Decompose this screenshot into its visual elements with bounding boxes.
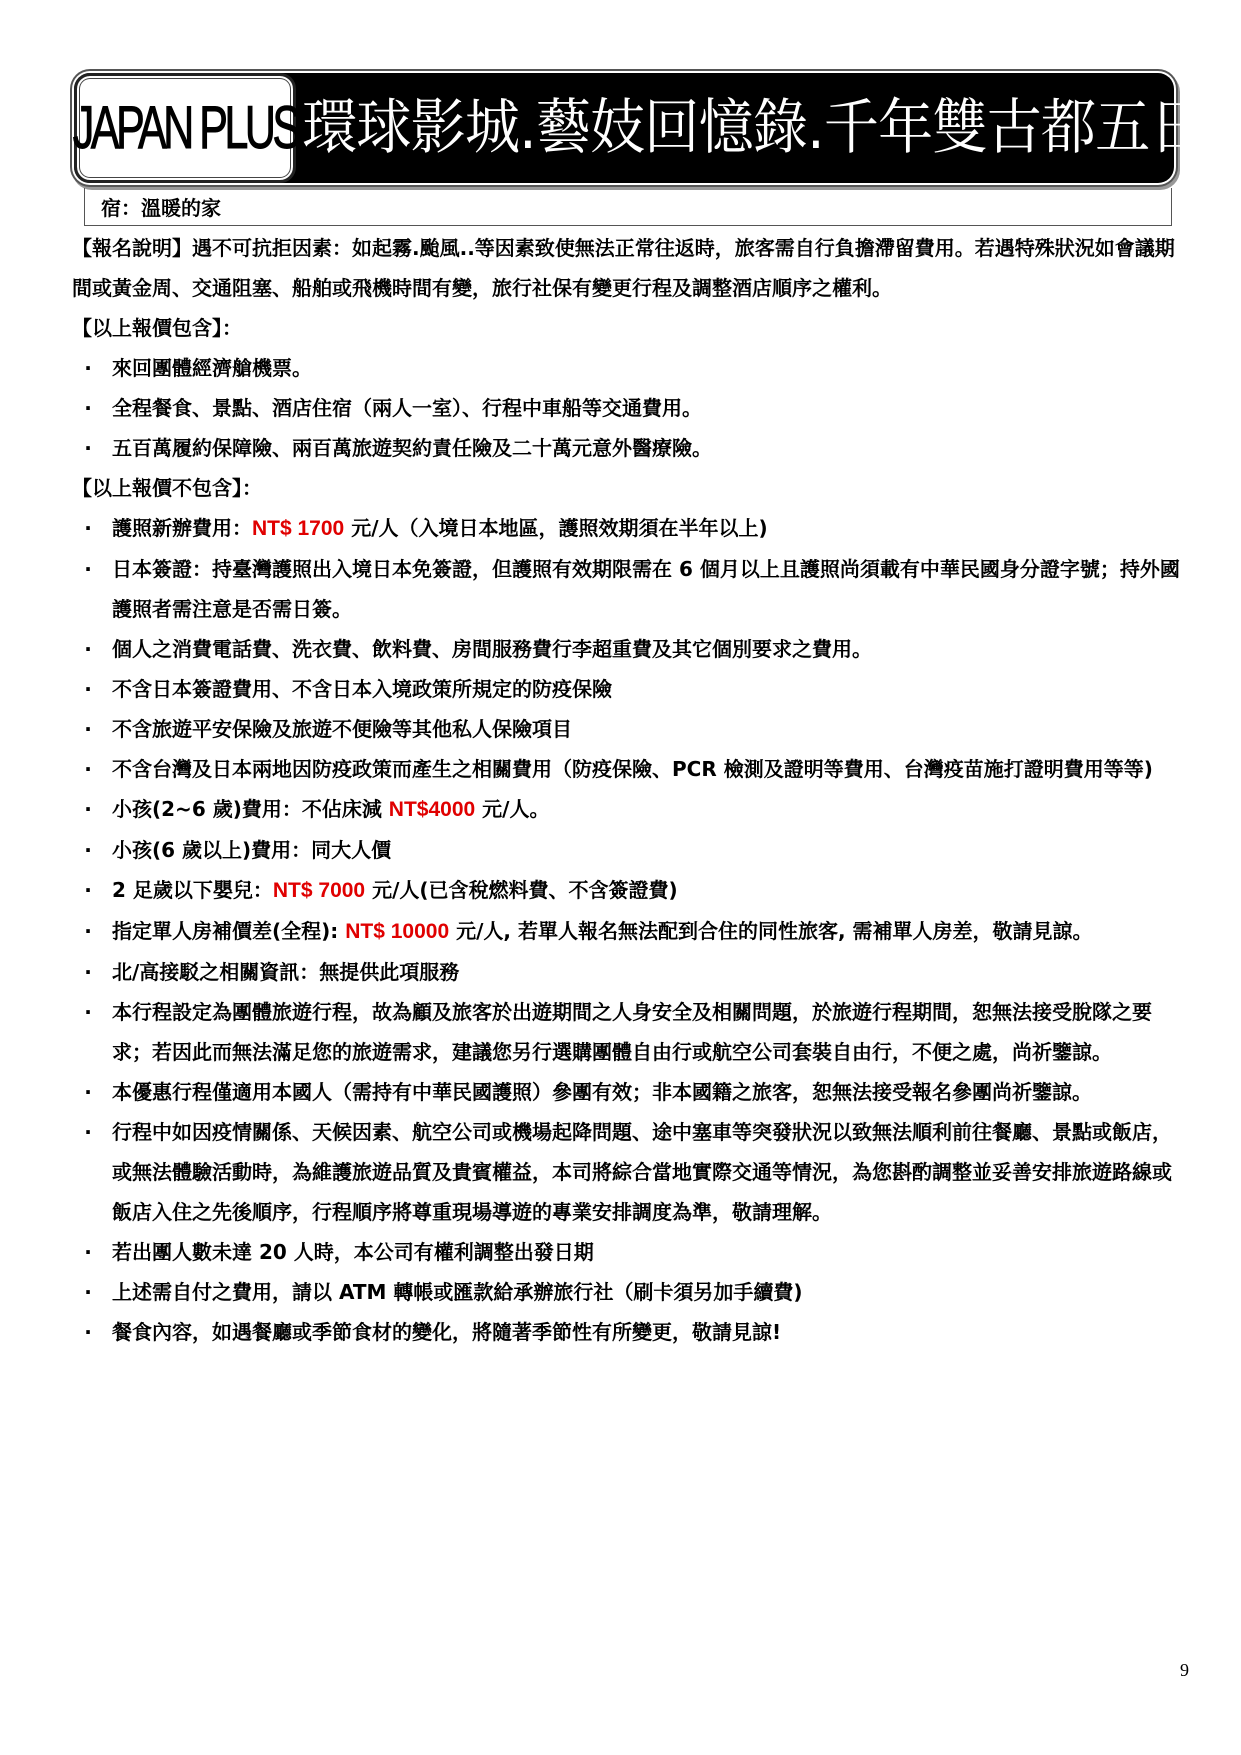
excluded-item: ·北/高接駁之相關資訊：無提供此項服務: [72, 952, 1184, 992]
excluded-item-text: 指定單人房補價差(全程):: [112, 919, 345, 943]
bullet-icon: ·: [78, 911, 98, 951]
excluded-item-text: 上述需自付之費用，請以 ATM 轉帳或匯款給承辦旅行社（刷卡須另加手續費): [112, 1280, 803, 1304]
bullet-icon: ·: [78, 709, 98, 749]
excluded-item: ·行程中如因疫情關係、天候因素、航空公司或機場起降問題、途中塞車等突發狀況以致無…: [72, 1112, 1184, 1232]
excluded-item: ·個人之消費電話費、洗衣費、飲料費、房間服務費行李超重費及其它個別要求之費用。: [72, 629, 1184, 669]
bullet-icon: ·: [78, 830, 98, 870]
terms-content: 【報名說明】遇不可抗拒因素：如起霧.颱風..等因素致使無法正常往返時，旅客需自行…: [72, 228, 1184, 1352]
bullet-icon: ·: [78, 1232, 98, 1272]
excluded-item: ·小孩(2~6 歲)費用：不佔床減 NT$4000 元/人。: [72, 789, 1184, 830]
bullet-icon: ·: [78, 789, 98, 829]
excluded-item: ·指定單人房補價差(全程): NT$ 10000 元/人, 若單人報名無法配到合…: [72, 911, 1184, 952]
excluded-item: ·上述需自付之費用，請以 ATM 轉帳或匯款給承辦旅行社（刷卡須另加手續費): [72, 1272, 1184, 1312]
brand-name: JAPAN PLUS: [73, 98, 298, 158]
excluded-item-suffix: 元/人(已含稅燃料費、不含簽證費): [365, 878, 678, 902]
excluded-list: ·護照新辦費用：NT$ 1700 元/人（入境日本地區，護照效期須在半年以上)·…: [72, 508, 1184, 1352]
price-highlight: NT$ 1700: [252, 517, 344, 540]
excluded-item: ·2 足歲以下嬰兒：NT$ 7000 元/人(已含稅燃料費、不含簽證費): [72, 870, 1184, 911]
excluded-item: ·本行程設定為團體旅遊行程，故為顧及旅客於出遊期間之人身安全及相關問題，於旅遊行…: [72, 992, 1184, 1072]
page-number: 9: [1180, 1660, 1189, 1681]
bullet-icon: ·: [78, 1312, 98, 1352]
excluded-item-suffix: 元/人（入境日本地區，護照效期須在半年以上): [344, 516, 767, 540]
bullet-icon: ·: [78, 749, 98, 789]
bullet-icon: ·: [78, 870, 98, 910]
excluded-item-text: 不含旅遊平安保險及旅遊不便險等其他私人保險項目: [112, 717, 572, 741]
excluded-item: ·日本簽證：持臺灣護照出入境日本免簽證，但護照有效期限需在 6 個月以上且護照尚…: [72, 549, 1184, 629]
excluded-item-text: 餐食內容，如遇餐廳或季節食材的變化，將隨著季節性有所變更，敬請見諒!: [112, 1320, 781, 1344]
bullet-icon: ·: [78, 1272, 98, 1312]
price-highlight: NT$ 10000: [345, 920, 449, 943]
excluded-item-text: 2 足歲以下嬰兒：: [112, 878, 273, 902]
excluded-item: ·本優惠行程僅適用本國人（需持有中華民國護照）參團有效；非本國籍之旅客，恕無法接…: [72, 1072, 1184, 1112]
excluded-item-text: 本行程設定為團體旅遊行程，故為顧及旅客於出遊期間之人身安全及相關問題，於旅遊行程…: [112, 1000, 1152, 1064]
price-highlight: NT$4000: [389, 798, 475, 821]
bullet-icon: ·: [78, 388, 98, 428]
tour-title-text: 環球影城.藝妓回憶錄.千年雙古都五日: [302, 98, 1204, 158]
included-item-text: 來回團體經濟艙機票。: [112, 356, 312, 380]
included-item: ·來回團體經濟艙機票。: [72, 348, 1184, 388]
excluded-item-text: 本優惠行程僅適用本國人（需持有中華民國護照）參團有效；非本國籍之旅客，恕無法接受…: [112, 1080, 1092, 1104]
excluded-heading: 【以上報價不包含】：: [72, 468, 1184, 508]
bullet-icon: ·: [78, 508, 98, 548]
excluded-item-text: 行程中如因疫情關係、天候因素、航空公司或機場起降問題、途中塞車等突發狀況以致無法…: [112, 1120, 1172, 1224]
excluded-item: ·餐食內容，如遇餐廳或季節食材的變化，將隨著季節性有所變更，敬請見諒!: [72, 1312, 1184, 1352]
excluded-item: ·不含台灣及日本兩地因防疫政策而產生之相關費用（防疫保險、PCR 檢測及證明等費…: [72, 749, 1184, 789]
excluded-item: ·小孩(6 歲以上)費用：同大人價: [72, 830, 1184, 870]
excluded-item-text: 護照新辦費用：: [112, 516, 252, 540]
bullet-icon: ·: [78, 952, 98, 992]
brand-logo: JAPAN PLUS: [74, 73, 296, 183]
excluded-item: ·不含旅遊平安保險及旅遊不便險等其他私人保險項目: [72, 709, 1184, 749]
bullet-icon: ·: [78, 629, 98, 669]
registration-notice: 【報名說明】遇不可抗拒因素：如起霧.颱風..等因素致使無法正常往返時，旅客需自行…: [72, 228, 1184, 308]
excluded-item-text: 不含台灣及日本兩地因防疫政策而產生之相關費用（防疫保險、PCR 檢測及證明等費用…: [112, 757, 1153, 781]
included-item: ·五百萬履約保障險、兩百萬旅遊契約責任險及二十萬元意外醫療險。: [72, 428, 1184, 468]
bullet-icon: ·: [78, 1112, 98, 1152]
bullet-icon: ·: [78, 1072, 98, 1112]
included-list: ·來回團體經濟艙機票。·全程餐食、景點、酒店住宿（兩人一室）、行程中車船等交通費…: [72, 348, 1184, 468]
excluded-item-suffix: 元/人。: [475, 797, 549, 821]
excluded-item-text: 若出團人數未達 20 人時，本公司有權利調整出發日期: [112, 1240, 594, 1264]
excluded-item-text: 不含日本簽證費用、不含日本入境政策所規定的防疫保險: [112, 677, 612, 701]
excluded-item-text: 北/高接駁之相關資訊：無提供此項服務: [112, 960, 459, 984]
tour-title: 環球影城.藝妓回憶錄.千年雙古都五日: [302, 73, 1174, 183]
excluded-item-text: 日本簽證：持臺灣護照出入境日本免簽證，但護照有效期限需在 6 個月以上且護照尚須…: [112, 557, 1180, 621]
bullet-icon: ·: [78, 669, 98, 709]
price-highlight: NT$ 7000: [273, 879, 365, 902]
bullet-icon: ·: [78, 428, 98, 468]
included-item-text: 全程餐食、景點、酒店住宿（兩人一室）、行程中車船等交通費用。: [112, 396, 702, 420]
bullet-icon: ·: [78, 348, 98, 388]
bullet-icon: ·: [78, 549, 98, 589]
included-item-text: 五百萬履約保障險、兩百萬旅遊契約責任險及二十萬元意外醫療險。: [112, 436, 712, 460]
excluded-item-text: 個人之消費電話費、洗衣費、飲料費、房間服務費行李超重費及其它個別要求之費用。: [112, 637, 872, 661]
excluded-item-text: 小孩(2~6 歲)費用：不佔床減: [112, 797, 389, 821]
included-item: ·全程餐食、景點、酒店住宿（兩人一室）、行程中車船等交通費用。: [72, 388, 1184, 428]
included-heading: 【以上報價包含】：: [72, 308, 1184, 348]
excluded-item: ·若出團人數未達 20 人時，本公司有權利調整出發日期: [72, 1232, 1184, 1272]
bullet-icon: ·: [78, 992, 98, 1032]
excluded-item: ·護照新辦費用：NT$ 1700 元/人（入境日本地區，護照效期須在半年以上): [72, 508, 1184, 549]
excluded-item-suffix: 元/人, 若單人報名無法配到合住的同性旅客, 需補單人房差，敬請見諒。: [449, 919, 1092, 943]
excluded-item: ·不含日本簽證費用、不含日本入境政策所規定的防疫保險: [72, 669, 1184, 709]
lodging-info: 宿：溫暖的家: [84, 188, 1172, 226]
excluded-item-text: 小孩(6 歲以上)費用：同大人價: [112, 838, 391, 862]
